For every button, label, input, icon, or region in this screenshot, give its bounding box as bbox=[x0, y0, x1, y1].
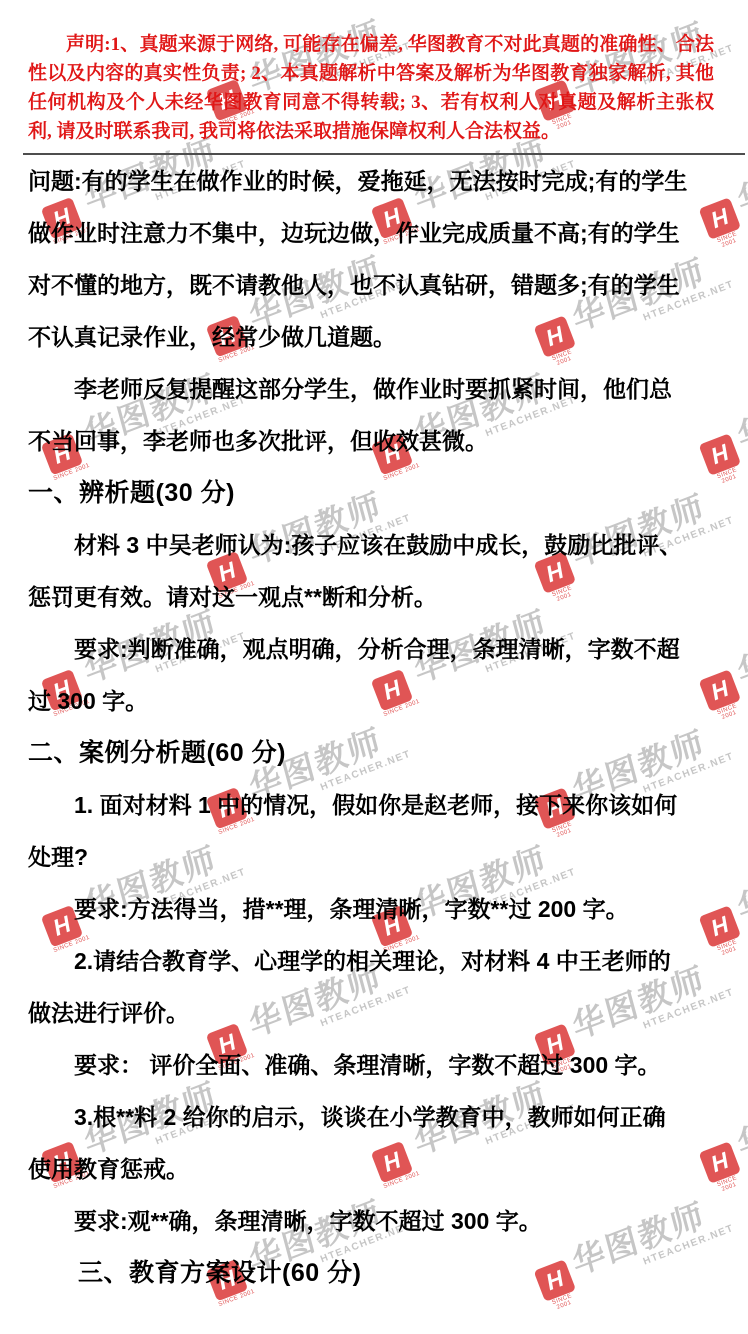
section-heading-2: 二、案例分析题(60 分) bbox=[28, 727, 714, 779]
material3-question: 材料 3 中吴老师认为:孩子应该在鼓励中成长，鼓励比批评、 惩罚更有效。请对这一… bbox=[28, 519, 714, 623]
requirement-1: 要求:判断准确，观点明确，分析合理，条理清晰，字数不超 过 300 字。 bbox=[28, 623, 714, 727]
case-question-1: 1. 面对材料 1 中的情况，假如你是赵老师，接下来你该如何 处理? bbox=[28, 779, 714, 883]
requirement-2: 要求:方法得当，措**理，条理清晰，字数**过 200 字。 bbox=[28, 883, 714, 935]
document-content: 声明:1、真题来源于网络, 可能存在偏差, 华图教育不对此真题的准确性、合法性以… bbox=[0, 0, 748, 1299]
case-question-3: 3.根**料 2 给你的启示，谈谈在小学教育中，教师如何正确 使用教育惩戒。 bbox=[28, 1091, 714, 1195]
exam-document-page: { "disclaimer": { "label": "声明:", "text"… bbox=[0, 0, 748, 1334]
disclaimer-body: 1、真题来源于网络, 可能存在偏差, 华图教育不对此真题的准确性、合法性以及内容… bbox=[28, 34, 714, 142]
question-intro-paragraph: 问题:有的学生在做作业的时候，爱拖延，无法按时完成;有的学生 做作业时注意力不集… bbox=[28, 155, 714, 363]
teacher-li-paragraph: 李老师反复提醒这部分学生，做作业时要抓紧时间，他们总 不当回事，李老师也多次批评… bbox=[28, 363, 714, 467]
case-question-2: 2.请结合教育学、心理学的相关理论，对材料 4 中王老师的 做法进行评价。 bbox=[28, 935, 714, 1039]
requirement-3: 要求： 评价全面、准确、条理清晰，字数不超过 300 字。 bbox=[28, 1039, 714, 1091]
requirement-4: 要求:观**确，条理清晰，字数不超过 300 字。 bbox=[28, 1195, 714, 1247]
section-heading-3: 三、教育方案设计(60 分) bbox=[28, 1247, 714, 1299]
section-heading-1: 一、辨析题(30 分) bbox=[28, 467, 714, 519]
disclaimer-label: 声明: bbox=[66, 34, 111, 55]
disclaimer-text: 声明:1、真题来源于网络, 可能存在偏差, 华图教育不对此真题的准确性、合法性以… bbox=[28, 30, 714, 146]
